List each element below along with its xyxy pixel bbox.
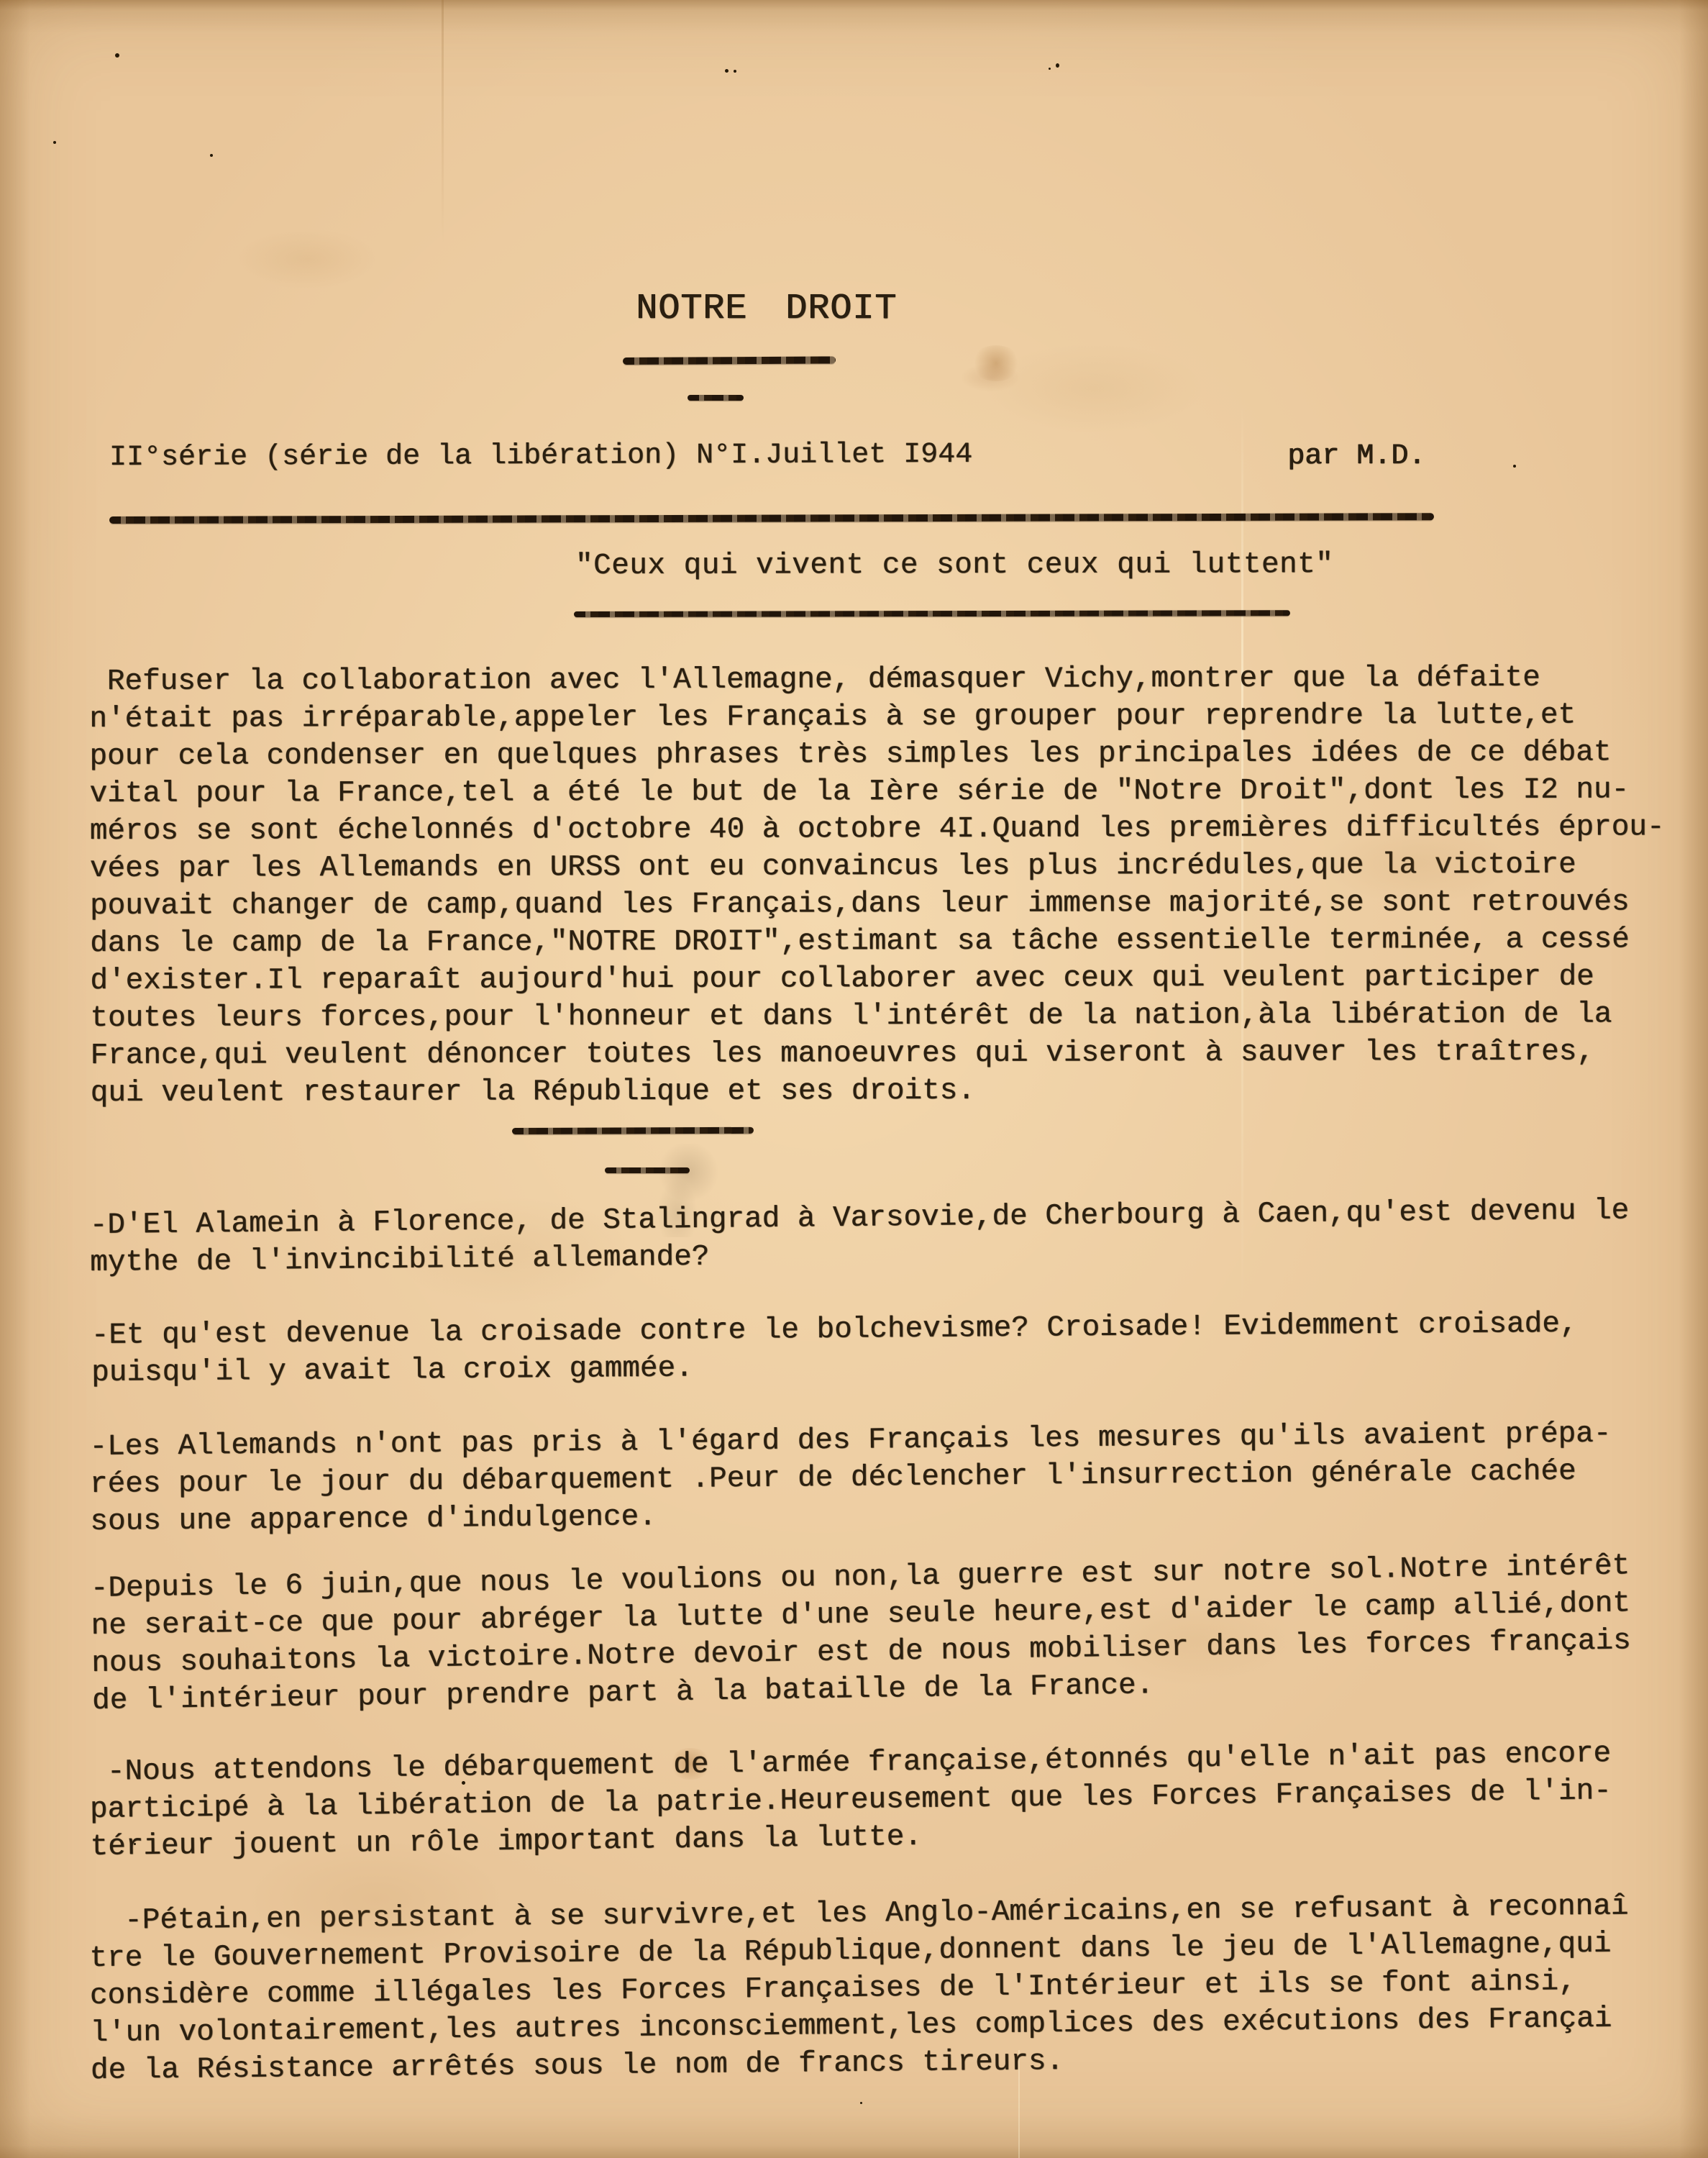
paragraph: -Pétain,en persistant à se survivre,et l… bbox=[89, 1888, 1630, 2090]
title-underline-short bbox=[688, 395, 744, 401]
paper-crease bbox=[442, 0, 444, 245]
paper-speck bbox=[115, 53, 119, 58]
paragraph: -Les Allemands n'ont pas pris à l'égard … bbox=[89, 1416, 1612, 1541]
scanned-document-page: NOTRE DROIT II°série (série de la libéra… bbox=[0, 0, 1708, 2158]
paper-speck bbox=[1513, 465, 1516, 468]
masthead-title: NOTRE DROIT bbox=[636, 291, 897, 328]
motto-underline bbox=[574, 610, 1290, 617]
paper-speck bbox=[1049, 68, 1051, 70]
title-underline bbox=[623, 356, 836, 365]
paragraph: -Et qu'est devenue la croisade contre le… bbox=[91, 1306, 1579, 1392]
paragraph: -D'El Alamein à Florence, de Stalingrad … bbox=[90, 1192, 1630, 1282]
motto-quote: "Ceux qui vivent ce sont ceux qui lutten… bbox=[575, 548, 1333, 583]
intro-paragraph: Refuser la collaboration avec l'Allemagn… bbox=[89, 659, 1665, 1112]
paragraph: -Nous attendons le débarquement de l'arm… bbox=[89, 1735, 1612, 1866]
paper-speck bbox=[1056, 63, 1059, 68]
byline: par M.D. bbox=[1287, 440, 1425, 473]
paper-speck bbox=[53, 141, 56, 144]
paper-speck bbox=[734, 70, 736, 73]
paper-stain bbox=[971, 345, 1021, 381]
paper-speck bbox=[210, 154, 213, 157]
section-divider-short bbox=[605, 1167, 690, 1173]
paragraph: -Depuis le 6 juin,que nous le voulions o… bbox=[90, 1547, 1631, 1720]
paper-speck bbox=[725, 69, 729, 73]
series-line: II°série (série de la libération) N°I.Ju… bbox=[109, 439, 972, 474]
section-divider bbox=[512, 1127, 754, 1134]
paper-speck bbox=[860, 2102, 862, 2104]
header-rule bbox=[109, 513, 1434, 524]
